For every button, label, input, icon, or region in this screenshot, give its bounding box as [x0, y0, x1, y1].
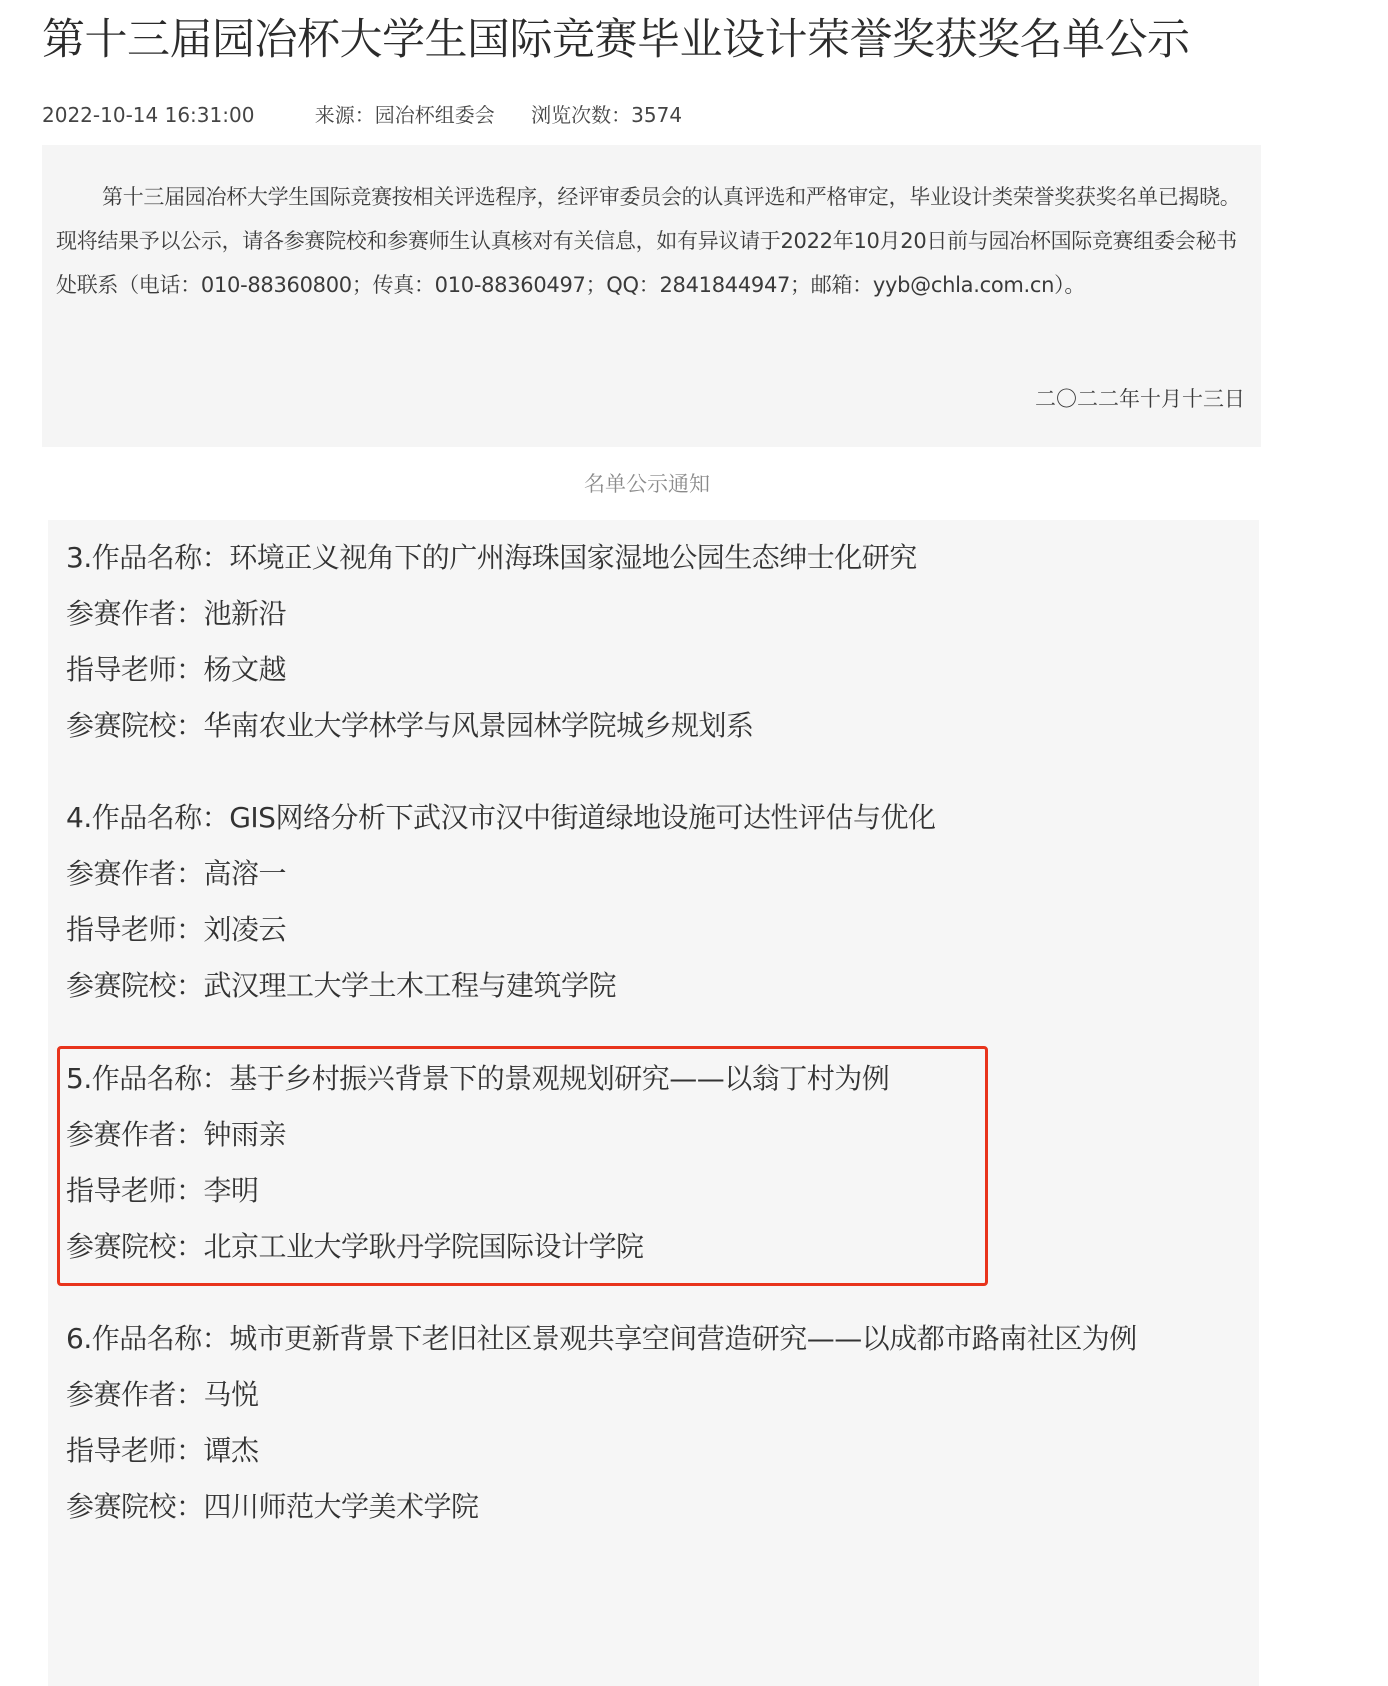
signature-date: 二〇二二年十月十三日: [1035, 383, 1245, 415]
author: 参赛作者：高溶一: [66, 846, 935, 902]
school: 参赛院校：武汉理工大学土木工程与建筑学院: [66, 958, 935, 1014]
advisor: 指导老师：杨文越: [66, 642, 917, 698]
winner-list: 3.作品名称：环境正义视角下的广州海珠国家湿地公园生态绅士化研究 参赛作者：池新…: [48, 520, 1259, 1686]
publish-date: 2022-10-14 16:31:00: [42, 100, 254, 130]
author: 参赛作者：马悦: [66, 1367, 1137, 1423]
author: 参赛作者：池新沿: [66, 586, 917, 642]
author: 参赛作者：钟雨亲: [66, 1107, 889, 1163]
winner-entry: 4.作品名称：GIS网络分析下武汉市汉中街道绿地设施可达性评估与优化 参赛作者：…: [66, 790, 935, 1014]
winner-entry-highlighted: 5.作品名称：基于乡村振兴背景下的景观规划研究——以翁丁村为例 参赛作者：钟雨亲…: [66, 1051, 889, 1275]
page-title: 第十三届园冶杯大学生国际竞赛毕业设计荣誉奖获奖名单公示: [42, 10, 1190, 70]
summary-paragraph: 第十三届园冶杯大学生国际竞赛按相关评选程序，经评审委员会的认真评选和严格审定，毕…: [56, 175, 1247, 307]
work-title: 3.作品名称：环境正义视角下的广州海珠国家湿地公园生态绅士化研究: [66, 530, 917, 586]
winner-entry: 3.作品名称：环境正义视角下的广州海珠国家湿地公园生态绅士化研究 参赛作者：池新…: [66, 530, 917, 754]
school: 参赛院校：北京工业大学耿丹学院国际设计学院: [66, 1219, 889, 1275]
advisor: 指导老师：李明: [66, 1163, 889, 1219]
article-source: 来源：园冶杯组委会: [315, 100, 495, 130]
school: 参赛院校：四川师范大学美术学院: [66, 1479, 1137, 1535]
advisor: 指导老师：谭杰: [66, 1423, 1137, 1479]
work-title: 5.作品名称：基于乡村振兴背景下的景观规划研究——以翁丁村为例: [66, 1051, 889, 1107]
work-title: 4.作品名称：GIS网络分析下武汉市汉中街道绿地设施可达性评估与优化: [66, 790, 935, 846]
work-title: 6.作品名称：城市更新背景下老旧社区景观共享空间营造研究——以成都市路南社区为例: [66, 1311, 1137, 1367]
article-meta: 2022-10-14 16:31:00 来源：园冶杯组委会 浏览次数：3574: [42, 100, 682, 130]
view-count: 浏览次数：3574: [531, 100, 682, 130]
winner-entry: 6.作品名称：城市更新背景下老旧社区景观共享空间营造研究——以成都市路南社区为例…: [66, 1311, 1137, 1535]
school: 参赛院校：华南农业大学林学与风景园林学院城乡规划系: [66, 698, 917, 754]
summary-panel: 第十三届园冶杯大学生国际竞赛按相关评选程序，经评审委员会的认真评选和严格审定，毕…: [42, 145, 1261, 447]
notice-heading: 名单公示通知: [0, 468, 1294, 500]
advisor: 指导老师：刘凌云: [66, 902, 935, 958]
